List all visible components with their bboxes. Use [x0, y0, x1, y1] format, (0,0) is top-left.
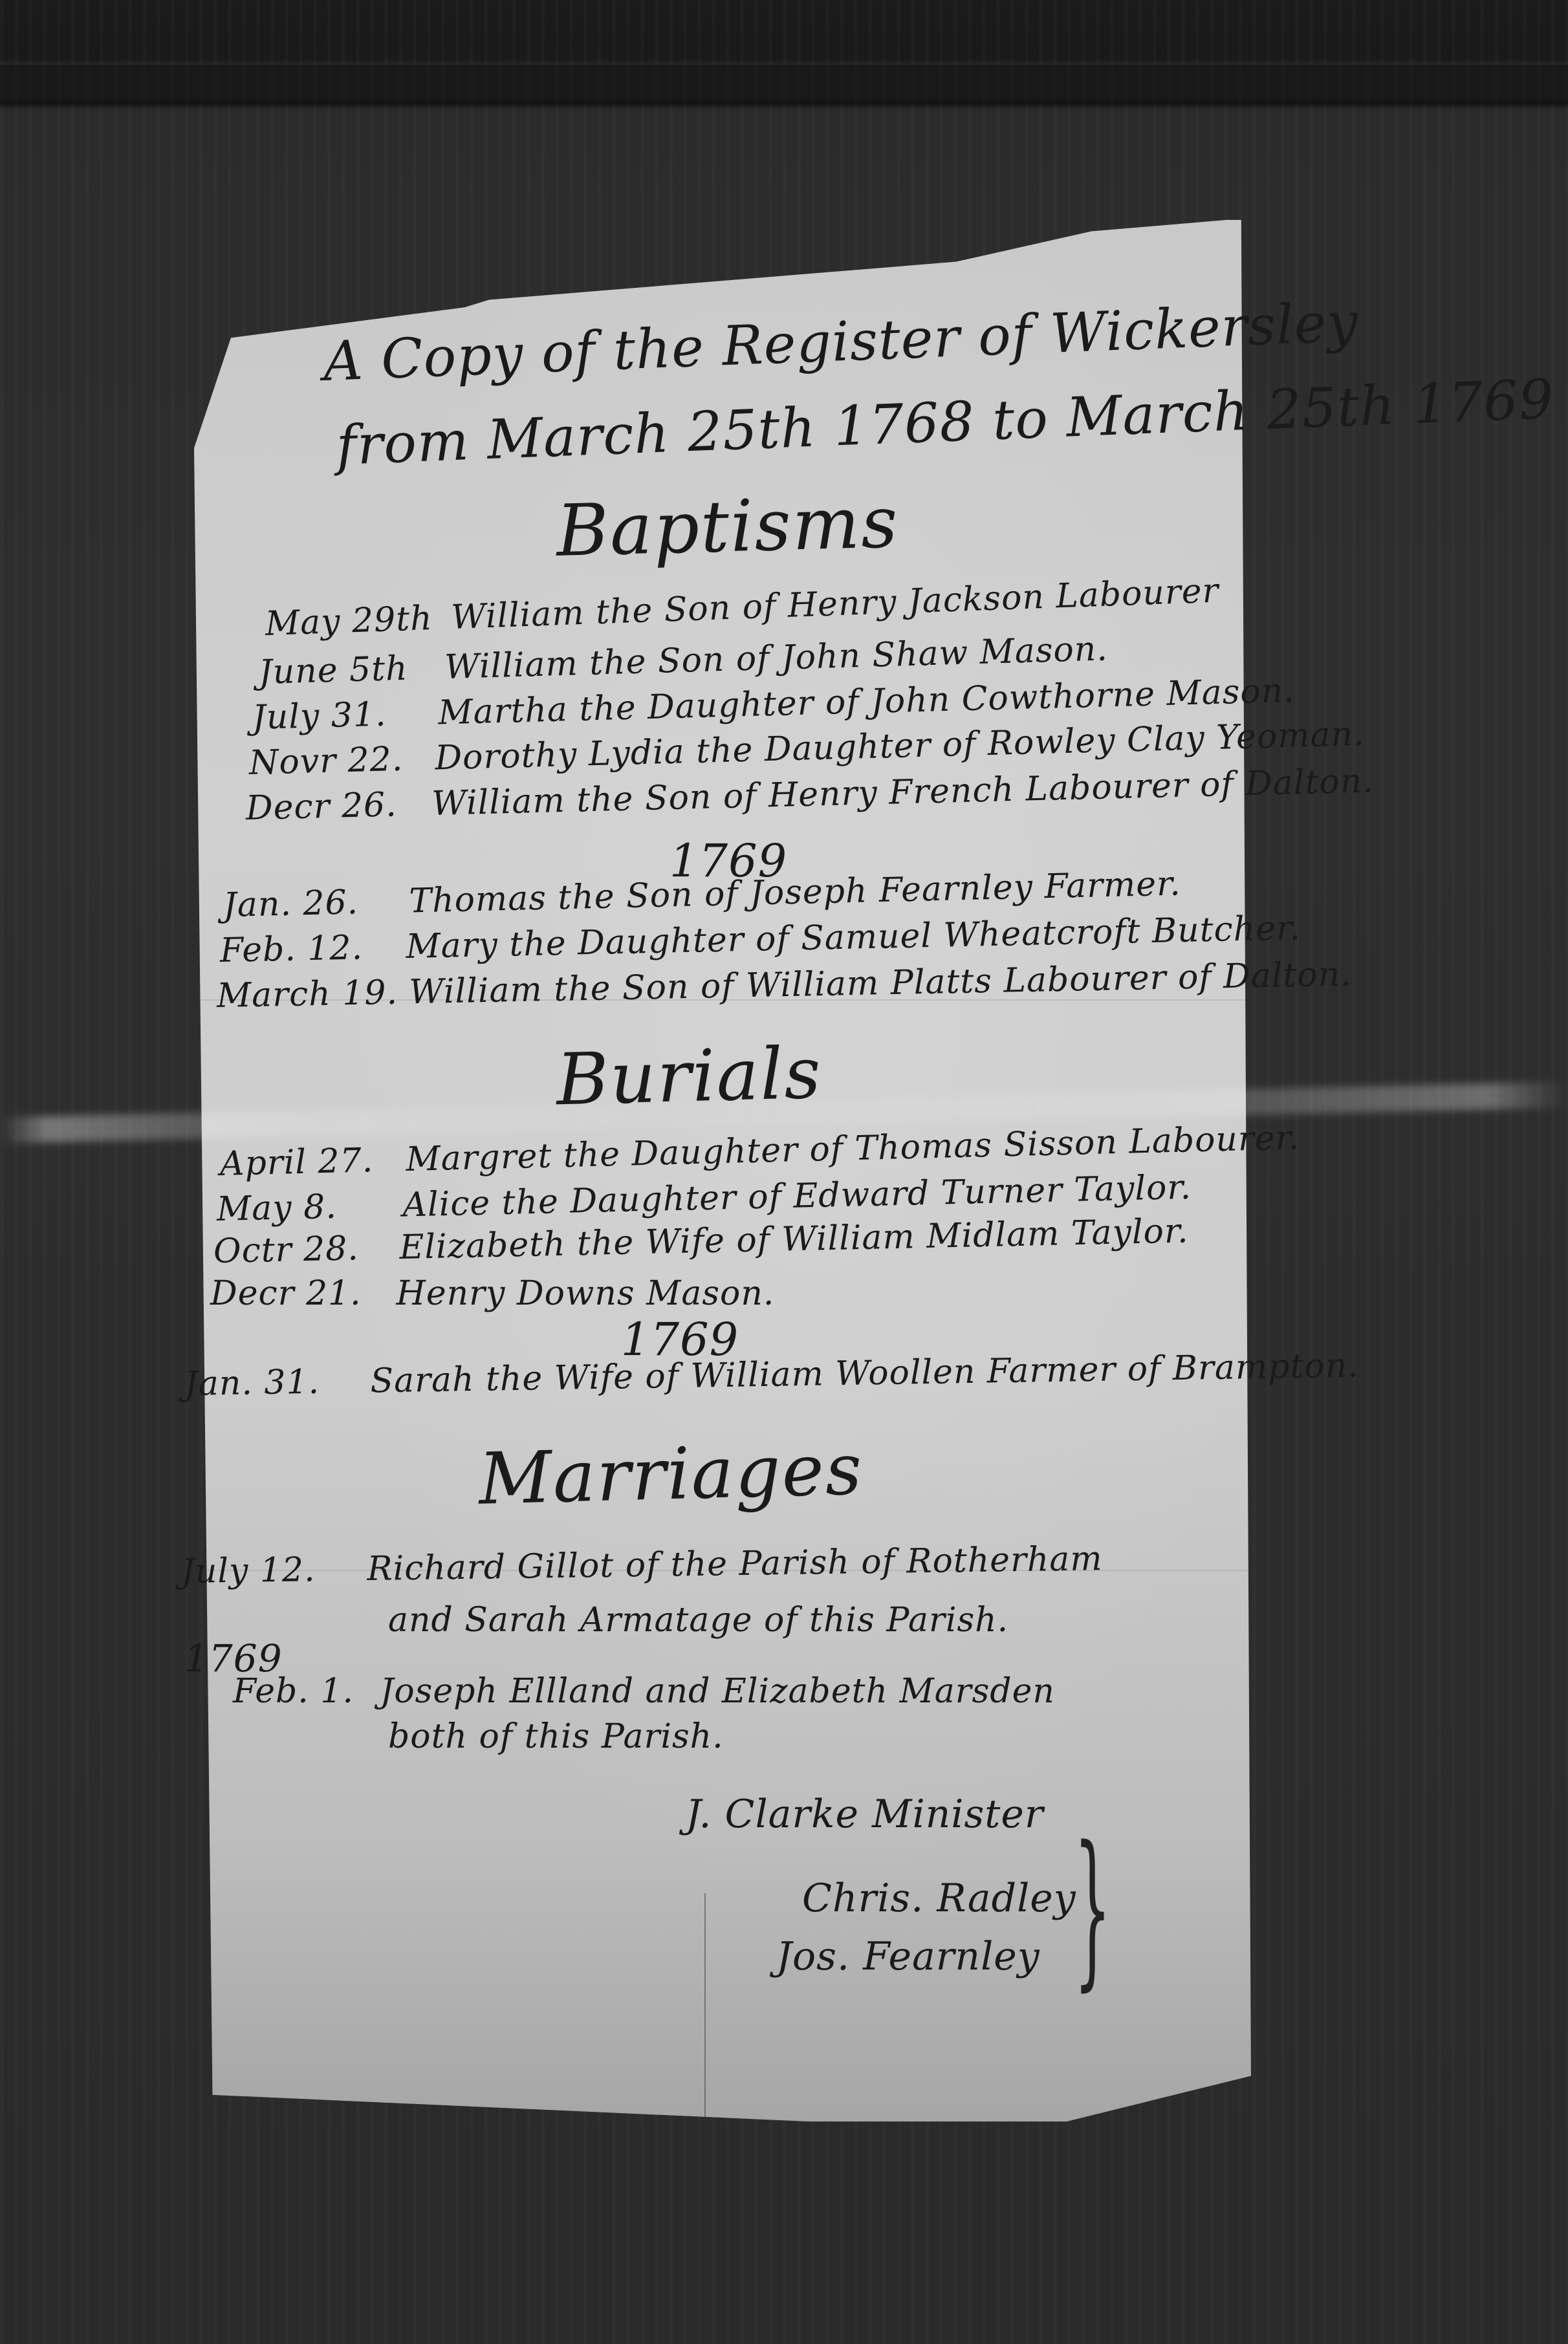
section-heading-baptisms: Baptisms	[555, 481, 900, 572]
entry-date: May 29th	[265, 599, 441, 644]
signature-minister: J. Clarke Minister	[686, 1792, 1044, 1837]
entry-date: April 27.	[219, 1140, 395, 1184]
signature-churchwarden-2: Jos. Fearnley	[776, 1934, 1040, 1979]
mount-band	[0, 65, 1568, 103]
entry-date: Jan. 26.	[223, 882, 398, 925]
entry-date: Feb. 1.	[233, 1672, 369, 1711]
entry-date: March 19.	[216, 973, 398, 1015]
entry-date: May 8.	[216, 1186, 391, 1229]
entry-text: Henry Downs Mason.	[397, 1274, 775, 1313]
entry-date: Octr 28.	[213, 1228, 388, 1271]
entry-date: Jan. 31.	[184, 1362, 360, 1404]
marriage-entry-continuation: both of this Parish.	[388, 1717, 724, 1756]
section-heading-marriages: Marriages	[477, 1427, 864, 1521]
entry-date: July 31.	[252, 694, 427, 737]
marriage-entry: Feb. 1. Joseph Ellland and Elizabeth Mar…	[233, 1672, 1055, 1711]
entry-date: Decr 21.	[210, 1274, 385, 1313]
burial-entry: Decr 21. Henry Downs Mason.	[210, 1274, 774, 1313]
entry-text: Joseph Ellland and Elizabeth Marsden	[380, 1672, 1055, 1711]
signature-brace: }	[1074, 1811, 1111, 2006]
entry-date: Feb. 12.	[219, 928, 395, 970]
entry-date: Decr 26.	[245, 785, 420, 828]
entry-date: June 5th	[258, 648, 434, 692]
signature-churchwarden-1: Chris. Radley	[802, 1876, 1076, 1921]
entry-date: July 12.	[181, 1550, 356, 1591]
section-heading-burials: Burials	[555, 1032, 823, 1122]
entry-date: Novr 22.	[248, 739, 424, 783]
marriage-entry-continuation: and Sarah Armatage of this Parish.	[388, 1601, 1008, 1640]
